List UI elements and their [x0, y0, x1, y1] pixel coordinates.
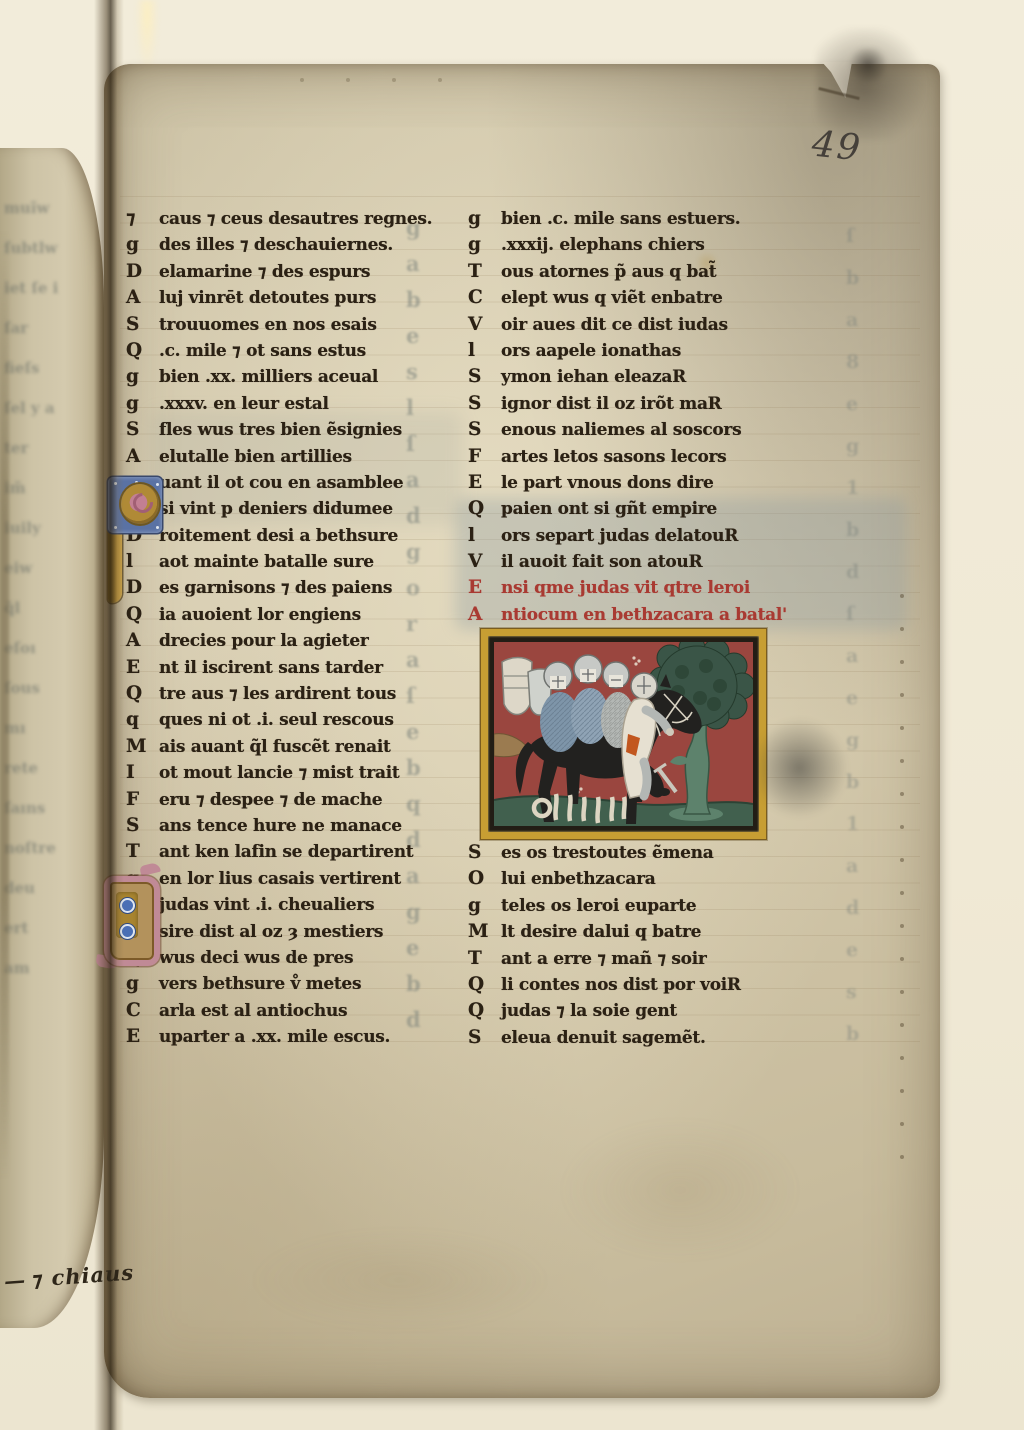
verse-line: Mais auant q̃l fuscẽt renait	[126, 734, 456, 760]
verse-line: Qjudas ⁊ la soie gent	[468, 998, 908, 1024]
verse-text: vers bethsure v̊ metes	[159, 971, 361, 997]
verse-text: es os trestoutes ẽmena	[501, 840, 713, 866]
verse-text: judas vint .i. cheualiers	[159, 892, 374, 918]
verse-line: Antiocum en bethzacara a batal'	[468, 602, 908, 628]
showthrough-glyph: iet ſe i	[4, 268, 96, 308]
facing-page-edge: muĩwſubtlwiet ſe iſarfieſsſel y aterim̃i…	[0, 148, 104, 1328]
pricking-hole	[900, 792, 904, 796]
showthrough-glyph: ſubtlw	[4, 228, 96, 268]
pricking-hole	[900, 825, 904, 829]
verse-line: Seleua denuit sagemẽt.	[468, 1025, 908, 1051]
showthrough-glyph: ſous	[4, 668, 96, 708]
verse-line: Feru ⁊ despee ⁊ de mache	[126, 787, 456, 813]
verse-initial: Q	[468, 998, 501, 1024]
showthrough-glyph: muĩw	[4, 188, 96, 228]
verse-text: ous atornes p̃ aus q bat̃	[501, 259, 716, 285]
verse-text: ant ken lafin se departirent	[159, 839, 413, 865]
gutter-shadow	[94, 0, 124, 1430]
verse-initial: E	[468, 470, 501, 496]
verse-initial: E	[126, 655, 159, 681]
pricking-hole	[900, 1023, 904, 1027]
verse-initial: M	[126, 734, 159, 760]
verse-text: eru ⁊ despee ⁊ de mache	[159, 787, 382, 813]
verse-line: Vil auoit fait son atouR	[468, 549, 908, 575]
verse-line: Adrecies pour la agieter	[126, 628, 456, 654]
verse-line: Qpaien ont si gñt empire	[468, 496, 908, 522]
verse-line: Tant ken lafin se departirent	[126, 839, 456, 865]
stain-top-right	[816, 28, 932, 140]
verse-line: uant il ot cou en asamblee	[126, 470, 456, 496]
verse-line: Signor dist il oz irõt maR	[468, 391, 908, 417]
catchword-dash: —	[3, 1267, 24, 1293]
verse-initial: A	[126, 444, 159, 470]
verse-text: fles wus tres bien ẽsignies	[159, 417, 402, 443]
verse-initial: V	[468, 312, 501, 338]
showthrough-glyph: eiw	[4, 548, 96, 588]
verse-initial: Q	[468, 972, 501, 998]
pricking-hole	[900, 1122, 904, 1126]
verse-line: lors separt judas delatouR	[468, 523, 908, 549]
verse-initial: C	[468, 285, 501, 311]
verse-line: lors aapele ionathas	[468, 338, 908, 364]
verse-text: si vint p deniers didumee	[159, 496, 393, 522]
pricking-hole	[346, 78, 350, 82]
verse-initial: S	[468, 840, 501, 866]
miniature-illustration	[494, 642, 753, 826]
facing-page-ghost-text: muĩwſubtlwiet ſe iſarfieſsſel y aterim̃i…	[4, 188, 96, 988]
verse-initial: A	[126, 628, 159, 654]
verse-text: ais auant q̃l fuscẽt renait	[159, 734, 391, 760]
verse-initial: Q	[468, 496, 501, 522]
stain-top-right-dark	[846, 48, 890, 82]
verse-line: Carla est al antiochus	[126, 998, 456, 1024]
verse-line: Ses os trestoutes ẽmena	[468, 840, 908, 866]
verse-line: Fartes letos sasons lecors	[468, 444, 908, 470]
verse-line: Iot mout lancie ⁊ mist trait	[126, 760, 456, 786]
page-stack-edge	[0, 230, 9, 1180]
gutter-highlight	[136, 0, 158, 72]
verse-text: ant a erre ⁊ mañ ⁊ soir	[501, 946, 707, 972]
verse-line: Senous naliemes al soscors	[468, 417, 908, 443]
verse-text: ors separt judas delatouR	[501, 523, 738, 549]
verse-line: Euparter a .xx. mile escus.	[126, 1024, 456, 1050]
stain-bottom	[560, 1120, 800, 1260]
verse-text: judas ⁊ la soie gent	[501, 998, 677, 1024]
verse-initial: g	[468, 206, 501, 232]
verse-text: paien ont si gñt empire	[501, 496, 717, 522]
verse-initial: F	[126, 787, 159, 813]
pricking-hole	[900, 891, 904, 895]
showthrough-glyph: b	[846, 761, 894, 803]
verse-text: bien .c. mile sans estuers.	[501, 206, 740, 232]
verse-initial: A	[126, 285, 159, 311]
verse-line: g.xxxv. en leur estal	[126, 391, 456, 417]
verse-initial: O	[468, 866, 501, 892]
pricking-hole	[900, 924, 904, 928]
verse-text: ans tence hure ne manace	[159, 813, 402, 839]
verse-text: nsi qme judas vit qtre leroi	[501, 575, 750, 601]
verse-line: Aelutalle bien artillies	[126, 444, 456, 470]
verse-initial: D	[126, 259, 159, 285]
pricking-hole	[900, 1089, 904, 1093]
verse-initial: M	[468, 919, 501, 945]
pricking-hole	[900, 660, 904, 664]
verse-line: g.xxxij. elephans chiers	[468, 232, 908, 258]
verse-initial: T	[126, 839, 159, 865]
verse-line: Strouuomes en nos esais	[126, 312, 456, 338]
verse-initial: A	[468, 602, 501, 628]
verse-line: gdes illes ⁊ deschauiernes.	[126, 232, 456, 258]
verse-text: sire dist al oz ȝ mestiers	[159, 919, 383, 945]
verse-line: gbien .c. mile sans estuers.	[468, 206, 908, 232]
verse-initial: S	[126, 312, 159, 338]
verse-initial: C	[126, 998, 159, 1024]
verse-text: trouuomes en nos esais	[159, 312, 377, 338]
verse-text: arla est al antiochus	[159, 998, 347, 1024]
verse-text: elutalle bien artillies	[159, 444, 352, 470]
right-text-column-lower: Ses os trestoutes ẽmenaOlui enbethzacara…	[468, 840, 908, 1051]
showthrough-glyph: im̃	[4, 468, 96, 508]
verse-line: Sfles wus tres bien ẽsignies	[126, 417, 456, 443]
verse-text: lt desire dalui q batre	[501, 919, 701, 945]
verse-text: oir aues dit ce dist iudas	[501, 312, 728, 338]
showthrough-glyph: am	[4, 948, 96, 988]
pricking-hole	[392, 78, 396, 82]
verse-text: aot mainte batalle sure	[159, 549, 374, 575]
verse-line: Voir aues dit ce dist iudas	[468, 312, 908, 338]
showthrough-glyph: g	[846, 719, 894, 761]
verse-text: ors aapele ionathas	[501, 338, 681, 364]
verse-text: nt il iscirent sans tarder	[159, 655, 383, 681]
folio-number: 49	[810, 124, 864, 170]
verse-line: gteles os leroi euparte	[468, 893, 908, 919]
verse-initial: I	[126, 760, 159, 786]
verse-initial: S	[126, 417, 159, 443]
verse-text: caus ⁊ ceus desautres regnes.	[159, 206, 432, 232]
verse-initial: S	[468, 364, 501, 390]
verse-initial: T	[468, 946, 501, 972]
verse-text: .c. mile ⁊ ot sans estus	[159, 338, 366, 364]
verse-text: en lor lius casais vertirent	[159, 866, 401, 892]
verse-line: Qli contes nos dist por voiR	[468, 972, 908, 998]
verse-line: Q.c. mile ⁊ ot sans estus	[126, 338, 456, 364]
showthrough-glyph: ſar	[4, 308, 96, 348]
showthrough-glyph: 1	[846, 803, 894, 845]
showthrough-glyph: ert	[4, 908, 96, 948]
pricking-hole	[900, 759, 904, 763]
verse-initial: T	[468, 259, 501, 285]
verse-line: Droitement desi a bethsure	[126, 523, 456, 549]
right-text-column-upper: gbien .c. mile sans estuers.g.xxxij. ele…	[468, 206, 908, 628]
showthrough-glyph: deu	[4, 868, 96, 908]
verse-text: ntiocum en bethzacara a batal'	[501, 602, 787, 628]
verse-initial: S	[468, 1025, 501, 1051]
verse-line: Celept wus q viẽt enbatre	[468, 285, 908, 311]
verse-line: Tous atornes p̃ aus q bat̃	[468, 259, 908, 285]
pricking-hole	[900, 693, 904, 697]
pricking-hole	[900, 627, 904, 631]
verse-line: si vint p deniers didumee	[126, 496, 456, 522]
pricking-hole	[900, 1056, 904, 1060]
verse-text: bien .xx. milliers aceual	[159, 364, 378, 390]
verse-text: .xxxij. elephans chiers	[501, 232, 705, 258]
front-rider-leg	[644, 762, 647, 796]
verse-initial: ⁊	[126, 206, 159, 232]
pricking-hole	[438, 78, 442, 82]
verse-line: Qtre aus ⁊ les ardirent tous	[126, 681, 456, 707]
verse-line: Aluj vinrēt detoutes purs	[126, 285, 456, 311]
pricking-hole	[900, 1155, 904, 1159]
verse-text: ignor dist il oz irõt maR	[501, 391, 722, 417]
verse-text: ques ni ot .i. seul rescous	[159, 707, 394, 733]
verse-initial: g	[126, 232, 159, 258]
showthrough-glyph: ſel y a	[4, 388, 96, 428]
verse-text: luj vinrēt detoutes purs	[159, 285, 376, 311]
showthrough-glyph: ſaıns	[4, 788, 96, 828]
verse-line: Symon iehan eleazaR	[468, 364, 908, 390]
verse-text: elamarine ⁊ des espurs	[159, 259, 370, 285]
verse-line: Qwus deci wus de pres	[126, 945, 456, 971]
verse-text: des illes ⁊ deschauiernes.	[159, 232, 393, 258]
showthrough-glyph: rete	[4, 748, 96, 788]
pricking-hole	[900, 990, 904, 994]
verse-line: Ent il iscirent sans tarder	[126, 655, 456, 681]
verse-initial: E	[468, 575, 501, 601]
verse-text: drecies pour la agieter	[159, 628, 369, 654]
pricking-hole	[900, 594, 904, 598]
verse-initial: E	[126, 1024, 159, 1050]
verse-line: gvers bethsure v̊ metes	[126, 971, 456, 997]
verse-initial: Q	[126, 338, 159, 364]
showthrough-glyph: eſoı	[4, 628, 96, 668]
verse-text: ot mout lancie ⁊ mist trait	[159, 760, 399, 786]
verse-initial: g	[126, 364, 159, 390]
verse-text: enous naliemes al soscors	[501, 417, 741, 443]
verse-initial: F	[468, 444, 501, 470]
verse-line: gen lor lius casais vertirent	[126, 866, 456, 892]
verse-text: ia auoient lor engiens	[159, 602, 361, 628]
verse-initial: g	[468, 232, 501, 258]
verse-initial: g	[126, 391, 159, 417]
showthrough-glyph: iuily	[4, 508, 96, 548]
showthrough-glyph: noſtre	[4, 828, 96, 868]
verse-line: sire dist al oz ȝ mestiers	[126, 919, 456, 945]
verse-text: le part vnous dons dire	[501, 470, 714, 496]
verse-initial: q	[126, 707, 159, 733]
verse-initial: l	[468, 523, 501, 549]
pricking-hole	[900, 957, 904, 961]
showthrough-glyph: ter	[4, 428, 96, 468]
verse-initial: S	[468, 391, 501, 417]
verse-line: judas vint .i. cheualiers	[126, 892, 456, 918]
verse-line: laot mainte batalle sure	[126, 549, 456, 575]
pricking-hole	[900, 726, 904, 730]
showthrough-glyph: e	[846, 677, 894, 719]
verse-line: Tant a erre ⁊ mañ ⁊ soir	[468, 946, 908, 972]
verse-line: Ensi qme judas vit qtre leroi	[468, 575, 908, 601]
showthrough-glyph: fieſs	[4, 348, 96, 388]
stain-bottom-left	[250, 1230, 550, 1330]
verse-text: uparter a .xx. mile escus.	[159, 1024, 390, 1050]
verse-initial: Q	[126, 602, 159, 628]
verse-text: ymon iehan eleazaR	[501, 364, 686, 390]
ink-smudge	[758, 716, 850, 820]
verse-text: teles os leroi euparte	[501, 893, 696, 919]
verse-text: eleua denuit sagemẽt.	[501, 1025, 706, 1051]
verse-text: uant il ot cou en asamblee	[159, 470, 403, 496]
showthrough-glyph: q̃l	[4, 588, 96, 628]
verse-text: es garnisons ⁊ des paiens	[159, 575, 392, 601]
verse-initial: Q	[126, 681, 159, 707]
verse-line: Des garnisons ⁊ des paiens	[126, 575, 456, 601]
verse-text: lui enbethzacara	[501, 866, 656, 892]
verse-line: Ele part vnous dons dire	[468, 470, 908, 496]
showthrough-glyph: mı	[4, 708, 96, 748]
verse-text: li contes nos dist por voiR	[501, 972, 741, 998]
verse-initial: g	[468, 893, 501, 919]
verse-line: qques ni ot .i. seul rescous	[126, 707, 456, 733]
verse-line: Delamarine ⁊ des espurs	[126, 259, 456, 285]
verse-initial: V	[468, 549, 501, 575]
verse-line: Qia auoient lor engiens	[126, 602, 456, 628]
pricking-hole	[900, 858, 904, 862]
verse-text: artes letos sasons lecors	[501, 444, 726, 470]
verse-text: elept wus q viẽt enbatre	[501, 285, 722, 311]
verse-line: gbien .xx. milliers aceual	[126, 364, 456, 390]
verse-text: wus deci wus de pres	[159, 945, 353, 971]
showthrough-glyph: a	[846, 635, 894, 677]
miniature-frame	[481, 629, 766, 839]
verse-text: roitement desi a bethsure	[159, 523, 398, 549]
verse-text: il auoit fait son atouR	[501, 549, 702, 575]
left-text-column: ⁊caus ⁊ ceus desautres regnes.gdes illes…	[126, 206, 456, 1051]
verse-line: Olui enbethzacara	[468, 866, 908, 892]
verse-text: tre aus ⁊ les ardirent tous	[159, 681, 396, 707]
verse-line: Sans tence hure ne manace	[126, 813, 456, 839]
verse-initial: S	[126, 813, 159, 839]
pricking-hole	[300, 78, 304, 82]
verse-initial: S	[468, 417, 501, 443]
verse-line: ⁊caus ⁊ ceus desautres regnes.	[126, 206, 456, 232]
verse-initial: l	[468, 338, 501, 364]
verse-text: .xxxv. en leur estal	[159, 391, 329, 417]
verse-line: Mlt desire dalui q batre	[468, 919, 908, 945]
